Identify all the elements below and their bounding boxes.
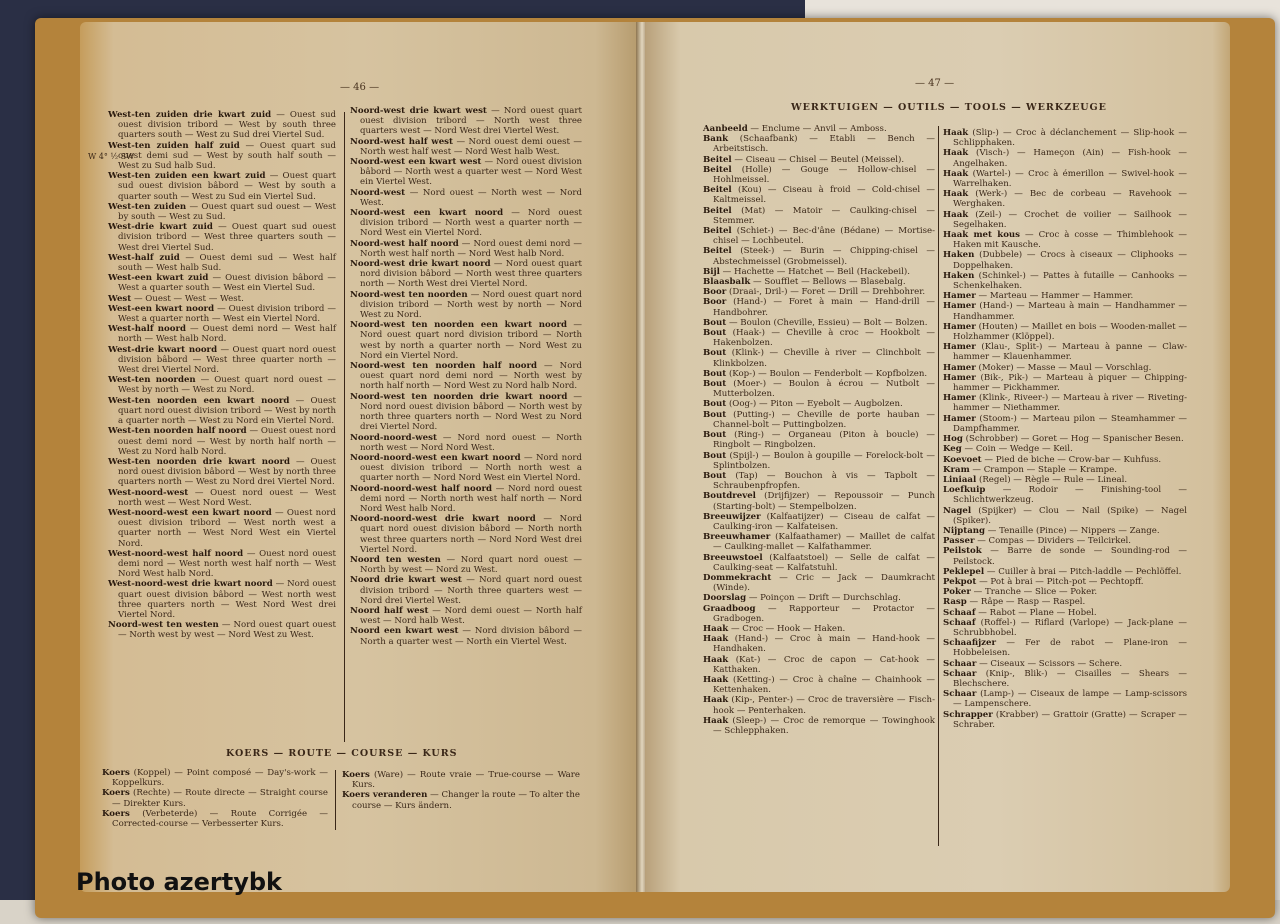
entry-term: Noord-west drie kwart west [350,106,487,116]
entry-term: West-drie kwart noord [108,345,217,355]
dictionary-entry: Bank (Schaafbank) — Etabli — Bench — Arb… [703,134,935,154]
entry-term: Noord-west drie kwart noord [350,259,491,269]
dictionary-entry: West — Ouest — West — West. [108,294,336,304]
entry-term: West-noord-west drie kwart noord [108,579,273,589]
entry-term: Bout [703,348,726,358]
entry-term: Schaar [943,669,976,679]
entry-term: Beitel [703,185,732,195]
entry-term: Noord-west een kwart noord [350,208,503,218]
dictionary-entry: Nijptang — Tenaille (Pince) — Nippers — … [943,526,1187,536]
entry-definition: — Râpe — Rasp — Raspel. [967,597,1086,607]
entry-term: West-ten noorden drie kwart noord [108,457,290,467]
dictionary-entry: Noord-noord-west half noord — Nord nord … [350,484,582,515]
dictionary-entry: Haken (Dubbele) — Crocs à ciseaux — Clip… [943,250,1187,270]
entry-term: Kram [943,465,970,475]
dictionary-entry: Koers veranderen — Changer la route — To… [342,790,580,810]
dictionary-entry: West-ten noorden drie kwart noord — Oues… [108,457,336,488]
entry-term: Boor [703,287,726,297]
dictionary-entry: Loefkuip — Rodoir — Finishing-tool — Sch… [943,485,1187,505]
entry-term: Dommekracht [703,573,771,583]
entry-definition: — Boulon (Cheville, Essieu) — Bolt — Bol… [726,318,927,328]
dictionary-entry: West-noord-west — Ouest nord ouest — Wes… [108,488,336,508]
dictionary-entry: Bout (Moer-) — Boulon à écrou — Nutbolt … [703,379,935,399]
entry-term: Bank [703,134,728,144]
entry-term: Noord-west een kwart west [350,157,481,167]
dictionary-entry: West-noord-west drie kwart noord — Nord … [108,579,336,620]
entry-definition: (Ring-) — Organeau (Piton à boucle) — Ri… [713,430,935,450]
dictionary-entry: Beitel (Kou) — Ciseau à froid — Cold-chi… [703,185,935,205]
entry-term: Schaar [943,659,976,669]
entry-definition: (Dubbele) — Crocs à ciseaux — Cliphooks … [953,250,1187,270]
entry-definition: (Schrobber) — Goret — Hog — Spanischer B… [963,434,1184,444]
dictionary-entry: Bout (Klink-) — Cheville à river — Clinc… [703,348,935,368]
dictionary-entry: Noord-noord-west een kwart noord — Nord … [350,453,582,484]
dictionary-entry: Koers (Rechte) — Route directe — Straigh… [102,788,328,808]
entry-term: Boor [703,297,726,307]
entry-definition: (Kop-) — Boulon — Fenderbolt — Kopfbolze… [726,369,927,379]
dictionary-entry: Bout — Boulon (Cheville, Essieu) — Bolt … [703,318,935,328]
entry-term: Bout [703,399,726,409]
dictionary-entry: Haak (Hand-) — Croc à main — Hand-hook —… [703,634,935,654]
entry-term: Liniaal [943,475,976,485]
entry-definition: (Werk-) — Bec de corbeau — Ravehook — We… [953,189,1187,209]
dictionary-entry: Haak (Zeil-) — Crochet de voilier — Sail… [943,210,1187,230]
dictionary-entry: Haak (Slip-) — Croc à déclanchement — Sl… [943,128,1187,148]
dictionary-entry: West-ten noorden een kwart noord — Ouest… [108,396,336,427]
entry-definition: — Crampon — Staple — Krampe. [970,465,1117,475]
entry-term: Noord-noord-west half noord [350,484,492,494]
entry-term: Bijl [703,267,720,277]
entry-term: Bout [703,451,726,461]
dictionary-entry: Haken (Schinkel-) — Pattes à futaille — … [943,271,1187,291]
dictionary-entry: West-ten zuiden half zuid — Ouest quart … [108,141,336,172]
entry-term: Bout [703,410,726,420]
entry-definition: — Ciseau — Chisel — Beutel (Meissel). [732,155,904,165]
entry-definition: — Pot à brai — Pitch-pot — Pechtopff. [976,577,1143,587]
entry-definition: (Koppel) — Point composé — Day's-work — … [112,768,328,788]
dictionary-entry: Hamer — Marteau — Hammer — Hammer. [943,291,1187,301]
section-title-werktuigen: WERKTUIGEN — OUTILS — TOOLS — WERKZEUGE [791,102,1107,113]
entry-term: Schaaf [943,618,976,628]
entry-term: Haak [943,169,968,179]
dictionary-entry: Beitel (Schiet-) — Bec-d'âne (Bédane) — … [703,226,935,246]
entry-term: Hog [943,434,963,444]
entry-definition: (Schiet-) — Bec-d'âne (Bédane) — Mortise… [713,226,935,246]
entry-term: Schaafijzer [943,638,996,648]
entry-definition: (Hand-) — Marteau à main — Handhammer — … [953,301,1187,321]
entry-term: West-een kwart zuid [108,273,208,283]
dictionary-entry: Hamer (Stoom-) — Marteau pilon — Steamha… [943,414,1187,434]
dictionary-entry: Doorslag — Poinçon — Drift — Durchschlag… [703,593,935,603]
entry-term: Breeuwijzer [703,512,761,522]
dictionary-entry: Noord-west drie kwart west — Nord ouest … [350,106,582,137]
dictionary-entry: Koers (Ware) — Route vraie — True-course… [342,770,580,790]
page-number: — 47 — [915,78,954,89]
entry-term: Hamer [943,322,976,332]
entry-term: Nagel [943,506,971,516]
dictionary-entry: Noord half west — Nord demi ouest — Nort… [350,606,582,626]
dictionary-entry: Pekpot — Pot à brai — Pitch-pot — Pechto… [943,577,1187,587]
entry-term: West-ten zuiden drie kwart zuid [108,110,271,120]
entry-term: Koers [342,770,370,780]
entry-definition: — Soufflet — Bellows — Blasebalg. [750,277,905,287]
entry-term: Koevoet [943,455,982,465]
entry-term: Koers [102,809,130,819]
dictionary-entry: Haak (Wartel-) — Croc à émerillon — Swiv… [943,169,1187,189]
dictionary-entry: Hamer (Houten) — Maillet en bois — Woode… [943,322,1187,342]
entry-definition: — Barre de sonde — Sounding-rod — Peilst… [953,546,1187,566]
dictionary-entry: Noord-west een kwart west — Nord ouest d… [350,157,582,188]
dictionary-entry: West-ten zuiden een kwart zuid — Ouest q… [108,171,336,202]
entry-term: Haak [703,695,728,705]
entry-term: Beitel [703,155,732,165]
entry-term: Noord-west ten noorden een kwart noord [350,320,567,330]
dictionary-entry: Bout (Spijl-) — Boulon à goupille — Fore… [703,451,935,471]
column-divider [344,112,345,742]
entry-definition: (Ware) — Route vraie — True-course — War… [352,770,580,790]
entry-term: Bout [703,471,726,481]
entry-term: Schrapper [943,710,993,720]
entry-term: Noord een kwart west [350,626,459,636]
entry-term: Noord-west half west [350,137,453,147]
dictionary-entry: Schaar — Ciseaux — Scissors — Schere. [943,659,1187,669]
dictionary-entry: Boutdrevel (Drijfijzer) — Repoussoir — P… [703,491,935,511]
entry-term: Haak [703,655,728,665]
entry-term: Noord-noord-west drie kwart noord [350,514,536,524]
entry-term: West-ten noorden [108,375,196,385]
entry-definition: — Coin — Wedge — Keil. [962,444,1073,454]
entry-definition: (Schinkel-) — Pattes à futaille — Canhoo… [953,271,1187,291]
compass-column-1: West-ten zuiden drie kwart zuid — Ouest … [108,110,336,641]
entry-definition: — Croc — Hook — Haken. [728,624,845,634]
dictionary-entry: Rasp — Râpe — Rasp — Raspel. [943,597,1187,607]
entry-term: Bout [703,369,726,379]
dictionary-entry: Bout (Kop-) — Boulon — Fenderbolt — Kopf… [703,369,935,379]
entry-term: Bout [703,328,726,338]
dictionary-entry: Bout (Oog-) — Piton — Eyebolt — Augbolze… [703,399,935,409]
dictionary-entry: Aanbeeld — Enclume — Anvil — Amboss. [703,124,935,134]
entry-term: Noord half west [350,606,428,616]
entry-term: Haak [943,148,968,158]
dictionary-entry: Boor (Draai-, Dril-) — Foret — Drill — D… [703,287,935,297]
entry-term: Haken [943,271,974,281]
dictionary-entry: Koevoet — Pied de biche — Crow-bar — Kuh… [943,455,1187,465]
dictionary-entry: Noord-west drie kwart noord — Nord ouest… [350,259,582,290]
entry-definition: (Schaafbank) — Etabli — Bench — Arbeitst… [713,134,935,154]
dictionary-entry: Hamer (Hand-) — Marteau à main — Handham… [943,301,1187,321]
dictionary-entry: Nagel (Spijker) — Clou — Nail (Spike) — … [943,506,1187,526]
dictionary-entry: West-een kwart zuid — Ouest division bâb… [108,273,336,293]
entry-definition: (Spijker) — Clou — Nail (Spike) — Nagel … [953,506,1187,526]
dictionary-entry: Hamer (Bik-, Pik-) — Marteau à piquer — … [943,373,1187,393]
dictionary-entry: Noord een kwart west — Nord division bâb… [350,626,582,646]
entry-definition: (Slip-) — Croc à déclanchement — Slip-ho… [953,128,1187,148]
entry-term: Breeuwhamer [703,532,770,542]
entry-term: West-ten noorden een kwart noord [108,396,289,406]
entry-term: Koers [102,768,130,778]
entry-term: Hamer [943,363,976,373]
entry-term: Beitel [703,246,732,256]
dictionary-entry: Haak met kous — Croc à cosse — Thimbleho… [943,230,1187,250]
entry-term: West-half noord [108,324,186,334]
entry-term: Pekpot [943,577,976,587]
entry-term: Haken [943,250,974,260]
dictionary-entry: Schaafijzer — Fer de rabot — Plane-iron … [943,638,1187,658]
entry-term: Noord drie kwart west [350,575,462,585]
entry-definition: (Kip-, Penter-) — Croc de traversière — … [713,695,935,715]
entry-definition: — Enclume — Anvil — Amboss. [748,124,887,134]
entry-term: Hamer [943,414,976,424]
entry-definition: (Zeil-) — Crochet de voilier — Sailhook … [953,210,1187,230]
dictionary-entry: West-ten zuiden drie kwart zuid — Ouest … [108,110,336,141]
dictionary-entry: Haak (Kip-, Penter-) — Croc de traversiè… [703,695,935,715]
entry-term: Haak [703,716,728,726]
entry-term: West-ten zuiden half zuid [108,141,240,151]
entry-definition: (Rechte) — Route directe — Straight cour… [112,788,328,808]
dictionary-entry: Beitel (Mat) — Matoir — Caulking-chisel … [703,206,935,226]
entry-term: Schaar [943,689,976,699]
dictionary-entry: West-ten noorden half noord — Ouest oues… [108,426,336,457]
entry-term: Beitel [703,226,732,236]
dictionary-entry: Schaaf — Rabot — Plane — Hobel. [943,608,1187,618]
entry-definition: (Steek-) — Burin — Chipping-chisel — Abs… [713,246,935,266]
entry-definition: (Regel) — Règle — Rule — Lineal. [976,475,1127,485]
dictionary-entry: West-drie kwart zuid — Ouest quart sud o… [108,222,336,253]
dictionary-entry: Hog (Schrobber) — Goret — Hog — Spanisch… [943,434,1187,444]
entry-term: Passer [943,536,974,546]
entry-term: Haak [943,210,968,220]
entry-term: West-ten noorden half noord [108,426,247,436]
entry-term: Bout [703,430,726,440]
dictionary-entry: West-ten zuiden — Ouest quart sud ouest … [108,202,336,222]
entry-definition: — Pied de biche — Crow-bar — Kuhfuss. [982,455,1161,465]
entry-term: West-noord-west [108,488,188,498]
entry-definition: (Stoom-) — Marteau pilon — Steamhammer —… [953,414,1187,434]
entry-term: Beitel [703,206,732,216]
entry-term: Noord-west ten noorden [350,290,468,300]
dictionary-entry: Hamer (Klau-, Split-) — Marteau à panne … [943,342,1187,362]
entry-term: Peilstok [943,546,982,556]
dictionary-entry: Hamer (Moker) — Masse — Maul — Vorschlag… [943,363,1187,373]
entry-definition: (Bik-, Pik-) — Marteau à piquer — Chippi… [953,373,1187,393]
entry-definition: (Knip-, Blik-) — Cisailles — Shears — Bl… [953,669,1187,689]
entry-definition: — Rabot — Plane — Hobel. [976,608,1097,618]
tools-column-2: Haak (Slip-) — Croc à déclanchement — Sl… [943,128,1187,730]
dictionary-entry: Beitel (Holle) — Gouge — Hollow-chisel —… [703,165,935,185]
dictionary-entry: Peilstok — Barre de sonde — Sounding-rod… [943,546,1187,566]
dictionary-entry: Noord-west ten noorden half noord — Nord… [350,361,582,392]
dictionary-entry: Noord-west een kwart noord — Nord ouest … [350,208,582,239]
entry-definition: (Visch-) — Hameçon (Ain) — Fish-hook — A… [953,148,1187,168]
entry-term: Haak [943,128,968,138]
dictionary-entry: West-een kwart noord — Ouest division tr… [108,304,336,324]
entry-definition: — Tranche — Slice — Poker. [971,587,1097,597]
entry-term: Haak [943,189,968,199]
entry-term: Noord-west ten westen [108,620,219,630]
column-divider [938,126,939,846]
dictionary-entry: West-half zuid — Ouest demi sud — West h… [108,253,336,273]
entry-term: Beitel [703,165,732,175]
dictionary-entry: Graadboog — Rapporteur — Protactor — Gra… [703,604,935,624]
dictionary-entry: Haak (Ketting-) — Croc à chaîne — Chainh… [703,675,935,695]
compass-column-2: Noord-west drie kwart west — Nord ouest … [350,106,582,647]
entry-term: West [108,294,131,304]
dictionary-entry: Schaaf (Roffel-) — Riflard (Varlope) — J… [943,618,1187,638]
dictionary-entry: Schrapper (Krabber) — Grattoir (Gratte) … [943,710,1187,730]
dictionary-entry: Breeuwijzer (Kalfaatijzer) — Ciseau de c… [703,512,935,532]
dictionary-entry: Bout (Haak-) — Cheville à croc — Hookbol… [703,328,935,348]
entry-term: Hamer [943,342,976,352]
entry-term: Bout [703,379,726,389]
entry-term: West-drie kwart zuid [108,222,213,232]
entry-term: Noord-noord-west een kwart noord [350,453,521,463]
entry-definition: — Rodoir — Finishing-tool — Schlichtwerk… [953,485,1187,505]
dictionary-entry: Noord-noord-west — Nord nord ouest — Nor… [350,433,582,453]
koers-column-1: Koers (Koppel) — Point composé — Day's-w… [102,768,328,829]
entry-definition: (Kou) — Ciseau à froid — Cold-chisel — K… [713,185,935,205]
dictionary-entry: Breeuwhamer (Kalfaathamer) — Maillet de … [703,532,935,552]
entry-term: West-ten zuiden [108,202,186,212]
dictionary-entry: Noord-west ten westen — Nord ouest quart… [108,620,336,640]
entry-term: Noord-noord-west [350,433,437,443]
dictionary-entry: West-ten noorden — Ouest quart nord oues… [108,375,336,395]
dictionary-entry: Schaar (Knip-, Blik-) — Cisailles — Shea… [943,669,1187,689]
entry-term: Loefkuip [943,485,985,495]
entry-definition: (Spijl-) — Boulon à goupille — Forelock-… [713,451,935,471]
entry-term: West-noord-west een kwart noord [108,508,272,518]
entry-definition: — Marteau — Hammer — Hammer. [976,291,1133,301]
entry-term: Keg [943,444,962,454]
entry-definition: (Hand-) — Croc à main — Hand-hook — Hand… [713,634,935,654]
dictionary-entry: Blaasbalk — Soufflet — Bellows — Blaseba… [703,277,935,287]
dictionary-entry: Koers (Verbeterde) — Route Corrigée — Co… [102,809,328,829]
entry-definition: — Cuiller à brai — Pitch-laddle — Pechlö… [984,567,1181,577]
entry-term: West-ten zuiden een kwart zuid [108,171,266,181]
dictionary-entry: Haak (Visch-) — Hameçon (Ain) — Fish-hoo… [943,148,1187,168]
dictionary-entry: Passer — Compas — Dividers — Teilcirkel. [943,536,1187,546]
dictionary-entry: West-noord-west half noord — Ouest nord … [108,549,336,580]
dictionary-entry: Haak (Sleep-) — Croc de remorque — Towin… [703,716,935,736]
entry-definition: (Tap) — Bouchon à vis — Tapbolt — Schrau… [713,471,935,491]
page-number: — 46 — [340,82,379,93]
entry-definition: (Haak-) — Cheville à croc — Hookbolt — H… [713,328,935,348]
dictionary-entry: Breeuwstoel (Kalfaatstoel) — Selle de ca… [703,553,935,573]
entry-term: Haak [703,675,728,685]
entry-definition: (Lamp-) — Ciseaux de lampe — Lamp-scisso… [953,689,1187,709]
entry-term: Koers [102,788,130,798]
dictionary-entry: Noord-west ten noorden een kwart noord —… [350,320,582,361]
entry-definition: — Hachette — Hatchet — Beil (Hackebeil). [720,267,910,277]
dictionary-entry: Noord-noord-west drie kwart noord — Nord… [350,514,582,555]
entry-definition: (Kat-) — Croc de capon — Cat-hook — Katt… [713,655,935,675]
koers-column-2: Koers (Ware) — Route vraie — True-course… [342,770,580,811]
entry-term: West-een kwart noord [108,304,214,314]
entry-term: Haak [703,634,728,644]
dictionary-entry: Beitel (Steek-) — Burin — Chipping-chise… [703,246,935,266]
entry-definition: (Klau-, Split-) — Marteau à panne — Claw… [953,342,1187,362]
entry-term: Koers veranderen [342,790,427,800]
dictionary-entry: Dommekracht — Cric — Jack — Daumkracht (… [703,573,935,593]
dictionary-entry: Noord-west ten noorden — Nord ouest quar… [350,290,582,321]
entry-term: Doorslag [703,593,746,603]
entry-term: Nijptang [943,526,985,536]
entry-term: Haak met kous [943,230,1020,240]
entry-definition: (Sleep-) — Croc de remorque — Towinghook… [713,716,935,736]
entry-definition: (Moker) — Masse — Maul — Vorschlag. [976,363,1152,373]
entry-term: Graadboog [703,604,756,614]
entry-definition: — Ouest — West — West. [131,294,244,304]
entry-term: Schaaf [943,608,976,618]
entry-definition: (Verbeterde) — Route Corrigée — Correcte… [112,809,328,829]
entry-term: Hamer [943,291,976,301]
dictionary-entry: Noord-west half west — Nord ouest demi o… [350,137,582,157]
entry-term: Poker [943,587,971,597]
left-page: — 46 — W 4° ½ SW West-ten zuiden drie kw… [80,22,640,892]
entry-term: Noord-west [350,188,405,198]
entry-definition: (Ketting-) — Croc à chaîne — Chainhook —… [713,675,935,695]
koers-divider [335,770,336,830]
dictionary-entry: Noord-west half noord — Nord ouest demi … [350,239,582,259]
dictionary-entry: Keg — Coin — Wedge — Keil. [943,444,1187,454]
dictionary-entry: Hamer (Klink-, Riveer-) — Marteau à rive… [943,393,1187,413]
entry-definition: (Houten) — Maillet en bois — Wooden-mall… [953,322,1187,342]
entry-term: Hamer [943,393,976,403]
entry-definition: (Roffel-) — Riflard (Varlope) — Jack-pla… [953,618,1187,638]
section-title-koers: KOERS — ROUTE — COURSE — KURS [226,748,457,759]
entry-definition: (Wartel-) — Croc à émerillon — Swivel-ho… [953,169,1187,189]
dictionary-entry: Bijl — Hachette — Hatchet — Beil (Hackeb… [703,267,935,277]
entry-term: Blaasbalk [703,277,750,287]
dictionary-entry: Noord drie kwart west — Nord quart nord … [350,575,582,606]
dictionary-entry: Peklepel — Cuiller à brai — Pitch-laddle… [943,567,1187,577]
dictionary-entry: Bout (Ring-) — Organeau (Piton à boucle)… [703,430,935,450]
entry-term: Haak [703,624,728,634]
entry-definition: (Draai-, Dril-) — Foret — Drill — Drehbo… [726,287,925,297]
entry-term: Boutdrevel [703,491,756,501]
dictionary-entry: Noord-west ten noorden drie kwart noord … [350,392,582,433]
dictionary-entry: Liniaal (Regel) — Règle — Rule — Lineal. [943,475,1187,485]
entry-definition: — Ciseaux — Scissors — Schere. [976,659,1122,669]
entry-definition: — Poinçon — Drift — Durchschlag. [746,593,901,603]
entry-definition: (Putting-) — Cheville de porte hauban — … [713,410,935,430]
dictionary-entry: Haak (Werk-) — Bec de corbeau — Ravehook… [943,189,1187,209]
entry-term: Noord-west ten noorden drie kwart noord [350,392,567,402]
dictionary-entry: West-noord-west een kwart noord — Ouest … [108,508,336,549]
dictionary-entry: Koers (Koppel) — Point composé — Day's-w… [102,768,328,788]
dictionary-entry: Bout (Tap) — Bouchon à vis — Tapbolt — S… [703,471,935,491]
entry-term: West-half zuid [108,253,180,263]
entry-term: Bout [703,318,726,328]
entry-definition: (Klink-) — Cheville à river — Clinchbolt… [713,348,935,368]
dictionary-entry: West-half noord — Ouest demi nord — West… [108,324,336,344]
dictionary-entry: Poker — Tranche — Slice — Poker. [943,587,1187,597]
entry-definition: (Moer-) — Boulon à écrou — Nutbolt — Mut… [713,379,935,399]
entry-definition: — Tenaille (Pince) — Nippers — Zange. [985,526,1160,536]
dictionary-entry: Schaar (Lamp-) — Ciseaux de lampe — Lamp… [943,689,1187,709]
dictionary-entry: Boor (Hand-) — Foret à main — Hand-drill… [703,297,935,317]
entry-term: Hamer [943,373,976,383]
entry-term: West-noord-west half noord [108,549,243,559]
entry-definition: (Hand-) — Foret à main — Hand-drill — Ha… [713,297,935,317]
entry-term: Breeuwstoel [703,553,763,563]
entry-term: Noord-west half noord [350,239,459,249]
dictionary-entry: West-drie kwart noord — Ouest quart nord… [108,345,336,376]
entry-term: Noord-west ten noorden half noord [350,361,537,371]
dictionary-entry: Noord ten westen — Nord quart nord ouest… [350,555,582,575]
dictionary-entry: Noord-west — Nord ouest — North west — N… [350,188,582,208]
entry-term: Aanbeeld [703,124,748,134]
dictionary-entry: Haak (Kat-) — Croc de capon — Cat-hook —… [703,655,935,675]
